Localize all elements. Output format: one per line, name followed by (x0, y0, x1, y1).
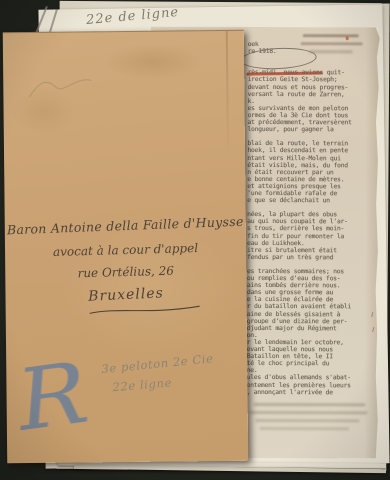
typed-line: irection Geite St-Joseph; (248, 76, 378, 84)
ink-bleed-smudge (259, 427, 349, 430)
typed-line: ules d'obus allemands s'abat- (247, 374, 377, 382)
blue-pencil-monogram-r: R (12, 351, 92, 443)
typed-line: té le choc principal du (247, 360, 377, 368)
typed-line: longueur, pour gagner la (247, 126, 377, 134)
typed-line: e que se déclanchait un (247, 197, 377, 205)
address-line-name: Baron Antoine della Faille d'Huysse (5, 214, 246, 238)
pencil-unit-note-line1: 3e peloton 2e Cie (101, 351, 214, 376)
ink-bleed-smudge (253, 403, 365, 406)
ink-bleed-smudge (249, 411, 367, 414)
address-line-title: avocat à la cour d'appel (5, 240, 246, 261)
typed-line: fin du tir pour remonter la (247, 232, 377, 240)
handwritten-address-block: Baron Antoine della Faille d'Huysse avoc… (3, 31, 244, 34)
typed-line: fendus par un très grand (247, 254, 377, 262)
typed-line: djudant major du Régiment (247, 325, 377, 333)
typed-line: ntant vers Hille-Molen qui (247, 154, 377, 162)
address-line-street: rue Ortélius, 26 (5, 262, 246, 283)
typed-line: hoek, il descendait en pente (247, 147, 377, 155)
envelope-crease (226, 31, 229, 156)
ink-bleed-smudge (255, 419, 359, 422)
archive-photo-scene: 22e de ligne oekre 1918.rès-midi, nous a… (0, 0, 390, 480)
paper-speck (346, 36, 349, 40)
typed-line: s trous, derrière les moin- (247, 225, 377, 233)
typed-line: versant la route de Zarren, (248, 91, 378, 99)
typed-line: entement les premières lueurs (246, 381, 376, 389)
underline-flourish (88, 303, 203, 316)
typed-line: devant nous et nous progres- (248, 84, 378, 92)
typed-line: aine de blessés gisaient à (247, 311, 377, 319)
typed-line: , annonçant l'arrivée de (246, 389, 376, 397)
ink-bleed-smudge (303, 34, 359, 37)
kraft-envelope: Baron Antoine della Faille d'Huysse avoc… (3, 30, 249, 464)
typed-line: était visible, mais, du fond (247, 162, 377, 170)
pencil-unit-note-line2: 22e ligne (112, 375, 172, 394)
typed-text-column: oekre 1918.rès-midi, nous avions quit-ir… (246, 41, 377, 396)
faint-pencil-scribble (25, 70, 95, 105)
typed-line: r du bataillon avaient établi (247, 303, 377, 311)
